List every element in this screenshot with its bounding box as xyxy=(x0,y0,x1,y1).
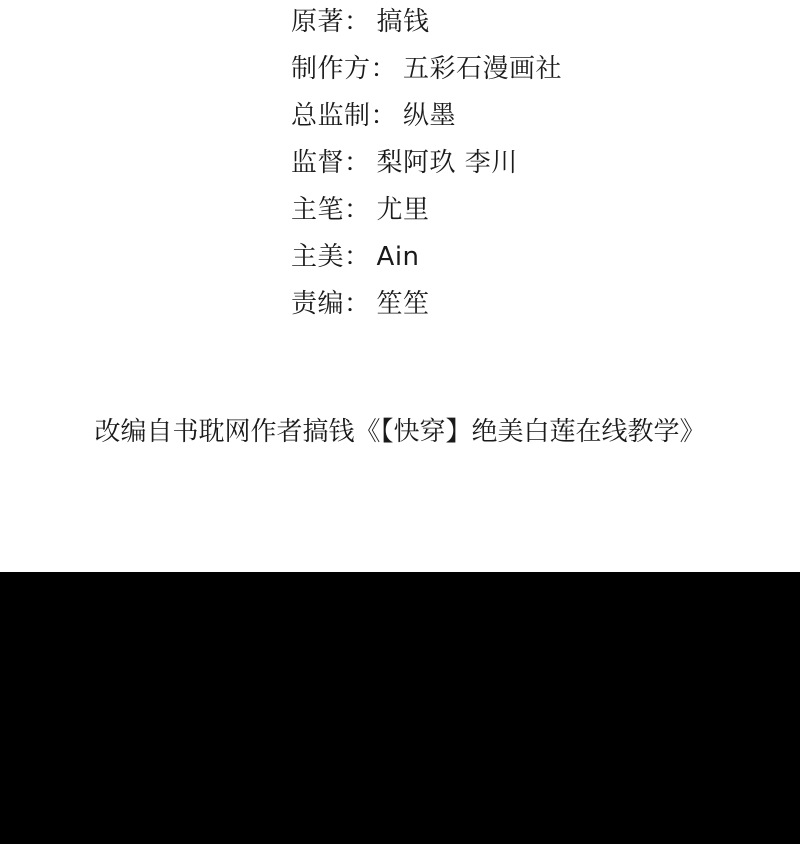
credit-label: 监督 xyxy=(291,148,344,178)
credit-value: 梨阿玖 李川 xyxy=(377,148,518,178)
credit-original-author: 原著：搞钱 xyxy=(291,2,562,49)
credit-value: 尤里 xyxy=(377,195,430,225)
credit-label: 原著 xyxy=(291,7,344,37)
credit-art-director: 主美：Ain xyxy=(291,237,562,284)
credit-value: Ain xyxy=(377,242,420,272)
adaptation-note: 改编自书耽网作者搞钱《【快穿】绝美白莲在线教学》 xyxy=(0,412,800,452)
credit-separator: ： xyxy=(344,195,371,225)
credit-label: 责编 xyxy=(291,289,344,319)
credit-separator: ： xyxy=(344,148,371,178)
credit-label: 制作方 xyxy=(291,54,371,84)
credit-label: 总监制 xyxy=(291,101,371,131)
credit-lead-artist: 主笔：尤里 xyxy=(291,190,562,237)
credit-executive-producer: 总监制：纵墨 xyxy=(291,96,562,143)
credit-separator: ： xyxy=(371,54,398,84)
credit-value: 纵墨 xyxy=(403,101,456,131)
credit-value: 五彩石漫画社 xyxy=(403,54,562,84)
credit-label: 主美 xyxy=(291,242,344,272)
black-panel xyxy=(0,572,800,844)
credit-producer: 制作方：五彩石漫画社 xyxy=(291,49,562,96)
credit-separator: ： xyxy=(371,101,398,131)
credit-separator: ： xyxy=(344,289,371,319)
credit-editor: 责编：笙笙 xyxy=(291,284,562,331)
credit-label: 主笔 xyxy=(291,195,344,225)
credits-list: 原著：搞钱 制作方：五彩石漫画社 总监制：纵墨 监督：梨阿玖 李川 主笔：尤里 … xyxy=(291,2,562,331)
credit-value: 笙笙 xyxy=(377,289,430,319)
credit-supervisor: 监督：梨阿玖 李川 xyxy=(291,143,562,190)
credit-value: 搞钱 xyxy=(377,7,430,37)
credit-separator: ： xyxy=(344,7,371,37)
credit-separator: ： xyxy=(344,242,371,272)
